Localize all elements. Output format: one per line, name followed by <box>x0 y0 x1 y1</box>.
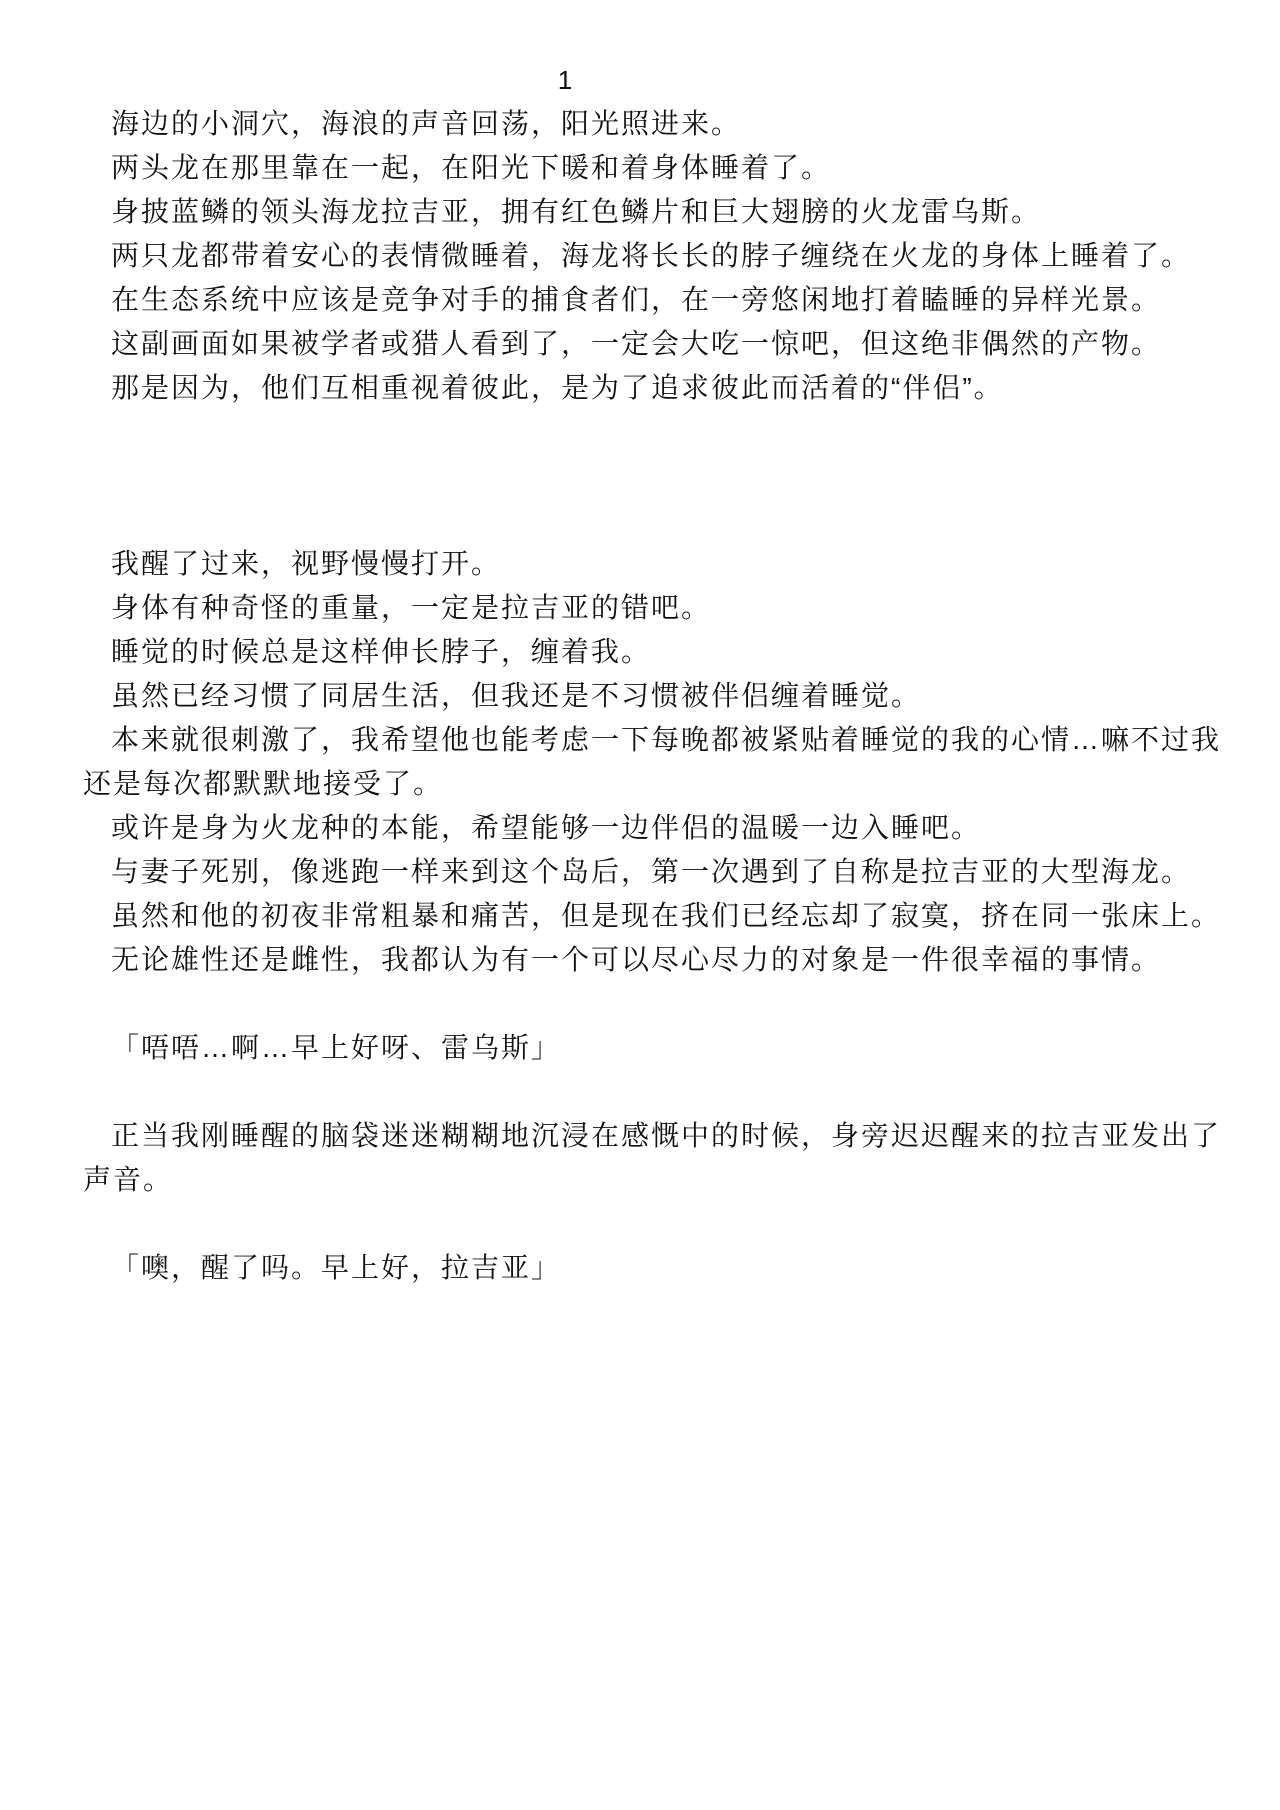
narration-paragraph: 正当我刚睡醒的脑袋迷迷糊糊地沉浸在感慨中的时候，身旁迟迟醒来的拉吉亚发出了声音。 <box>83 1114 1222 1202</box>
document-page: 1 海边的小洞穴，海浪的声音回荡，阳光照进来。两头龙在那里靠在一起，在阳光下暖和… <box>0 0 1280 1810</box>
text-blocks: 海边的小洞穴，海浪的声音回荡，阳光照进来。两头龙在那里靠在一起，在阳光下暖和着身… <box>83 102 1222 1290</box>
narration-paragraph: 两头龙在那里靠在一起，在阳光下暖和着身体睡着了。 <box>83 146 1222 190</box>
page-content: 1 海边的小洞穴，海浪的声音回荡，阳光照进来。两头龙在那里靠在一起，在阳光下暖和… <box>0 0 1222 1290</box>
blank-space <box>83 410 1222 542</box>
narration-paragraph: 虽然和他的初夜非常粗暴和痛苦，但是现在我们已经忘却了寂寞，挤在同一张床上。 <box>83 894 1222 938</box>
dialogue-line: 「唔唔…啊…早上好呀、雷乌斯」 <box>83 1026 1222 1070</box>
narration-paragraph: 虽然已经习惯了同居生活，但我还是不习惯被伴侣缠着睡觉。 <box>83 674 1222 718</box>
narration-paragraph: 身体有种奇怪的重量，一定是拉吉亚的错吧。 <box>83 586 1222 630</box>
blank-space <box>83 1202 1222 1246</box>
narration-paragraph: 与妻子死别，像逃跑一样来到这个岛后，第一次遇到了自称是拉吉亚的大型海龙。 <box>83 850 1222 894</box>
dialogue-line: 「噢，醒了吗。早上好，拉吉亚」 <box>83 1246 1222 1290</box>
narration-paragraph: 我醒了过来，视野慢慢打开。 <box>83 542 1222 586</box>
blank-space <box>83 1070 1222 1114</box>
narration-paragraph: 这副画面如果被学者或猎人看到了，一定会大吃一惊吧，但这绝非偶然的产物。 <box>83 322 1222 366</box>
narration-paragraph: 睡觉的时候总是这样伸长脖子，缠着我。 <box>83 630 1222 674</box>
narration-paragraph: 身披蓝鳞的领头海龙拉吉亚，拥有红色鳞片和巨大翅膀的火龙雷乌斯。 <box>83 190 1222 234</box>
narration-paragraph: 在生态系统中应该是竞争对手的捕食者们，在一旁悠闲地打着瞌睡的异样光景。 <box>83 278 1222 322</box>
narration-paragraph: 或许是身为火龙种的本能，希望能够一边伴侣的温暖一边入睡吧。 <box>83 806 1222 850</box>
narration-paragraph: 那是因为，他们互相重视着彼此，是为了追求彼此而活着的“伴侣”。 <box>83 366 1222 410</box>
narration-paragraph: 无论雄性还是雌性，我都认为有一个可以尽心尽力的对象是一件很幸福的事情。 <box>83 938 1222 982</box>
narration-paragraph: 两只龙都带着安心的表情微睡着，海龙将长长的脖子缠绕在火龙的身体上睡着了。 <box>83 234 1222 278</box>
narration-paragraph: 本来就很刺激了，我希望他也能考虑一下每晚都被紧贴着睡觉的我的心情…嘛不过我还是每… <box>83 718 1222 806</box>
blank-space <box>83 982 1222 1026</box>
narration-paragraph: 海边的小洞穴，海浪的声音回荡，阳光照进来。 <box>83 102 1222 146</box>
page-number: 1 <box>83 58 1048 102</box>
